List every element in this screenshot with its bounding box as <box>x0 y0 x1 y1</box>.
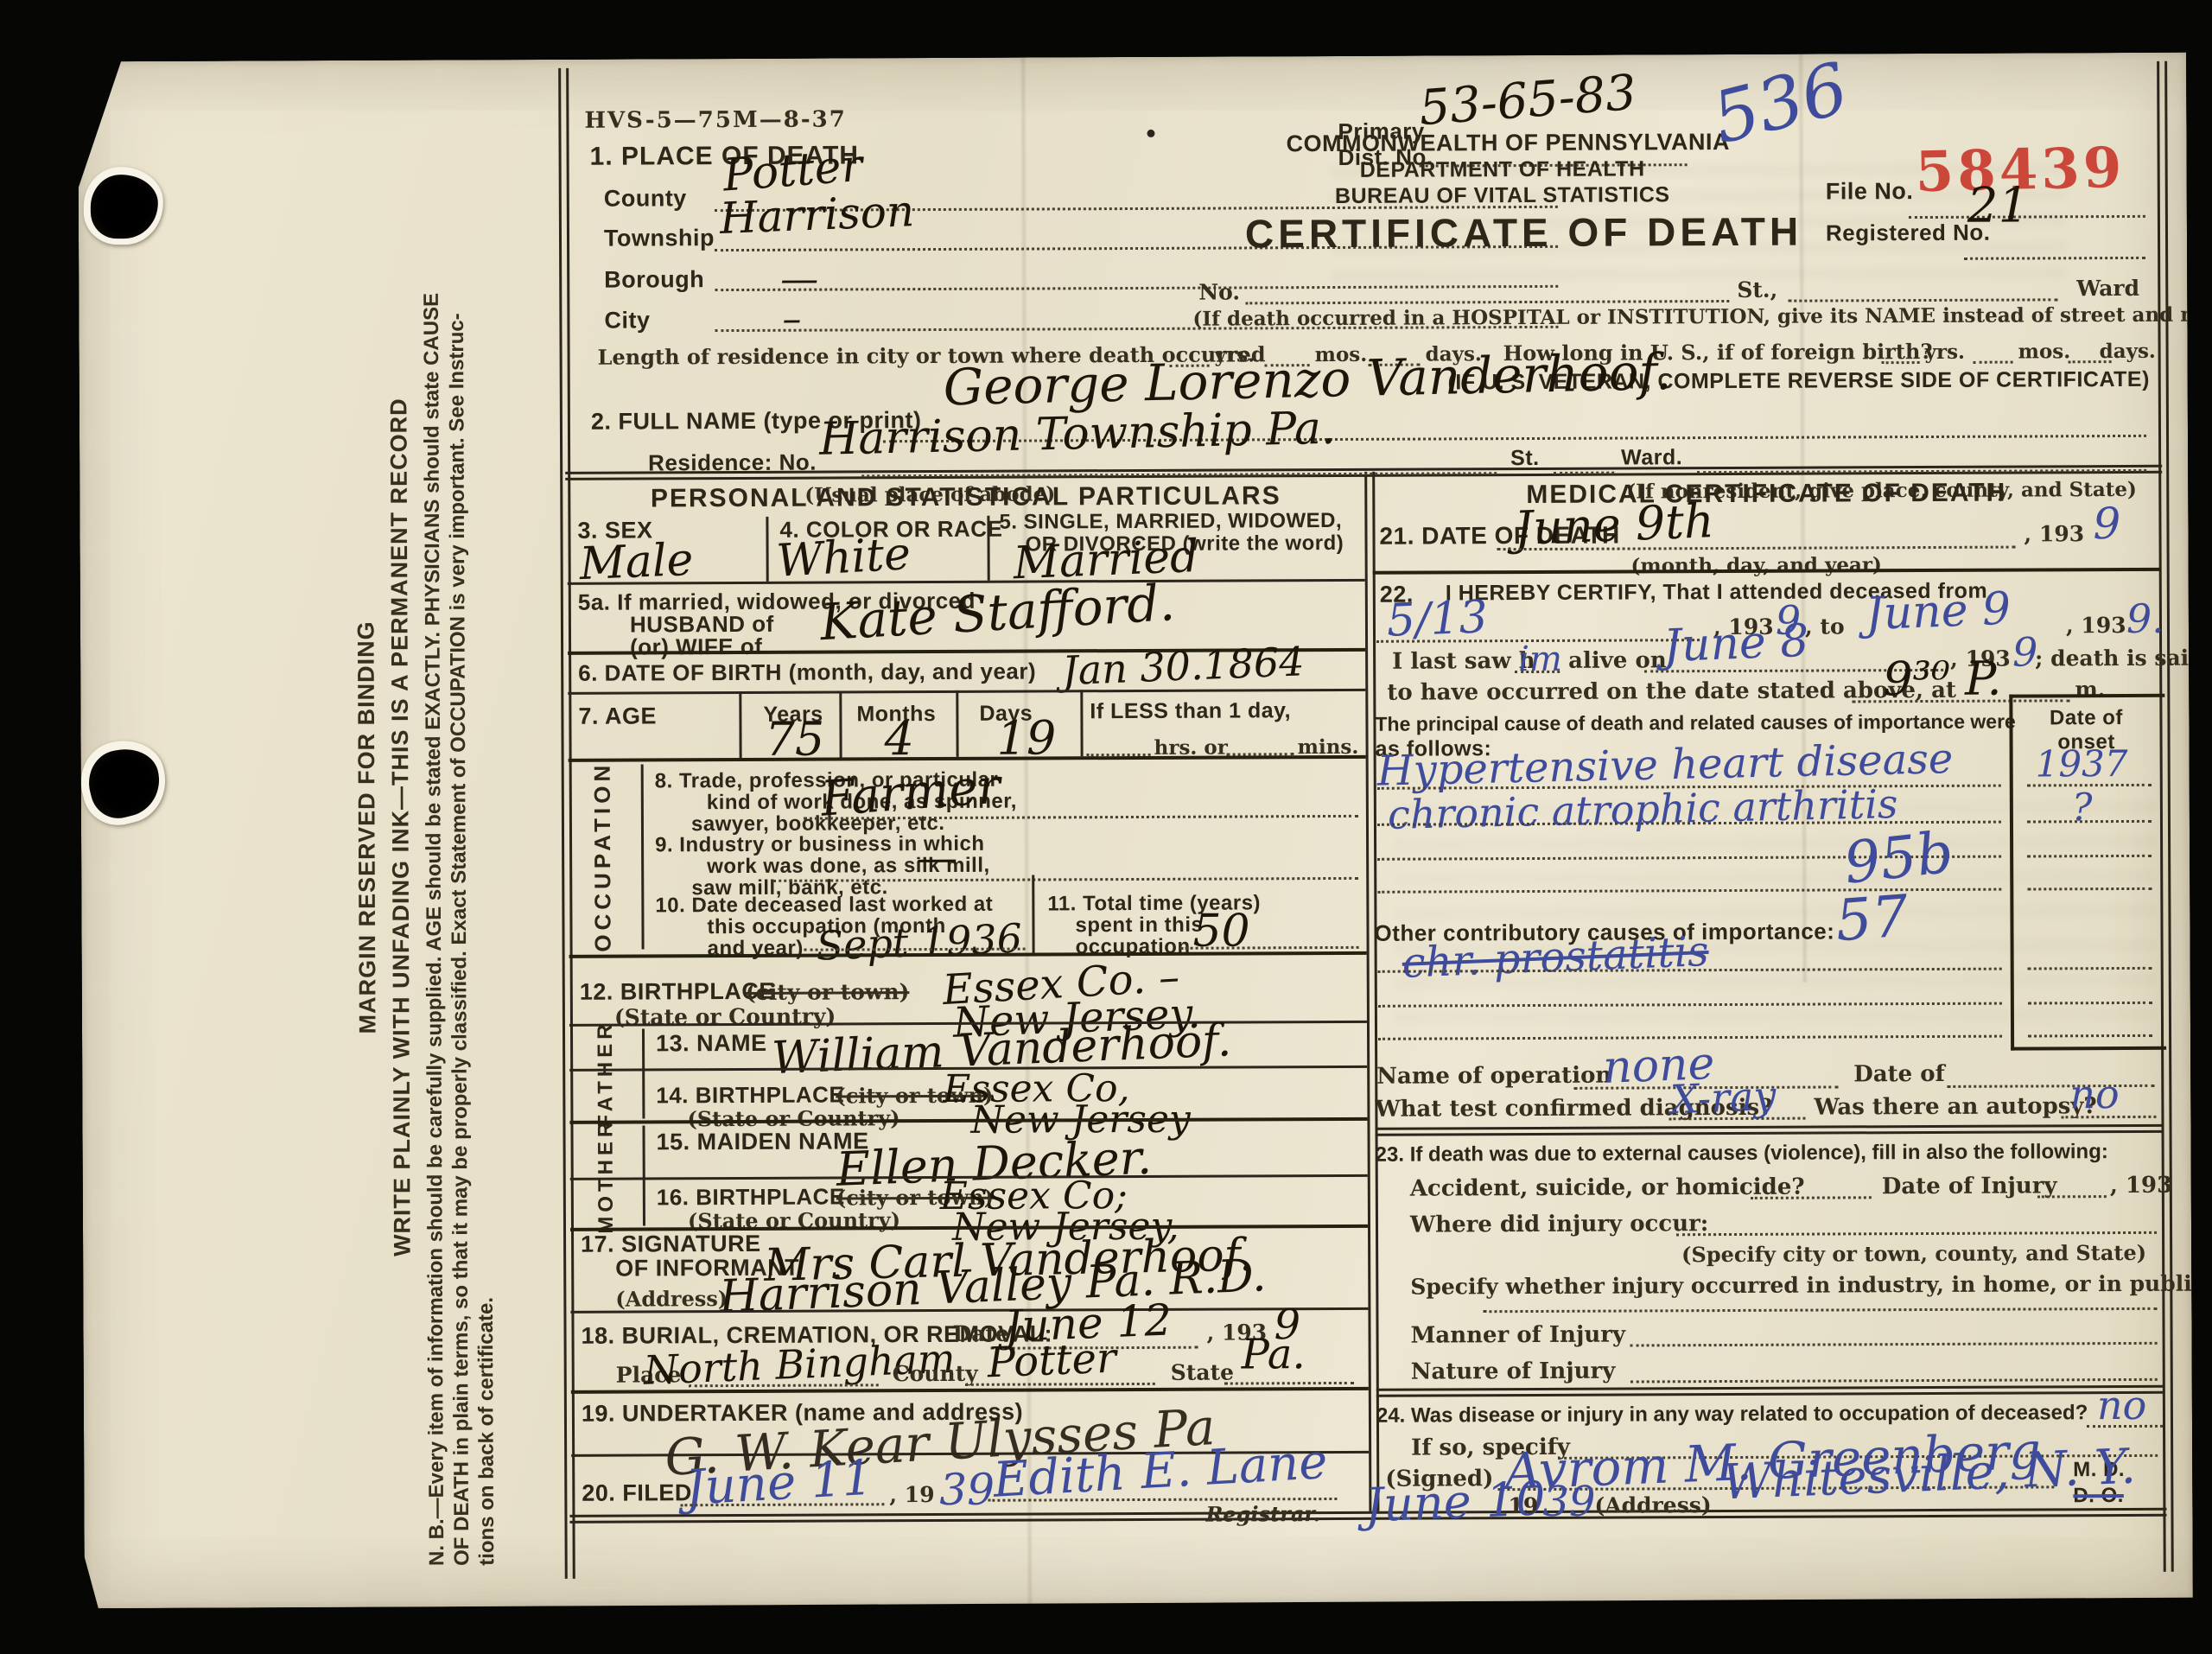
dod-year-hw: 9 <box>2093 499 2120 549</box>
file-no-label: File No. <box>1826 178 1914 205</box>
accident-line <box>1751 1196 1872 1199</box>
injury-year-printed: , 193 <box>2110 1173 2173 1199</box>
form-left-border <box>558 68 575 1579</box>
onset-line <box>2028 1002 2152 1005</box>
race-value: White <box>775 528 912 588</box>
accident-label: Accident, suicide, or homicide? <box>1410 1174 1805 1202</box>
injury-date-label: Date of Injury <box>1882 1173 2057 1199</box>
yrs2-label: yrs. <box>1925 340 1966 364</box>
total-time-divider <box>1032 875 1034 953</box>
manner-line <box>1630 1342 2158 1347</box>
spouse-value: Kate Stafford. <box>818 573 1176 652</box>
filed-date-value: June 11 <box>684 1450 874 1517</box>
borough-line <box>715 285 1558 291</box>
binding-margin-notes: MARGIN RESERVED FOR BINDING WRITE PLAINL… <box>351 88 543 1567</box>
residence-label: Residence: No. <box>648 449 817 477</box>
registered-no-line <box>1964 257 2145 260</box>
operation-date-label: Date of <box>1853 1061 1945 1087</box>
registered-no-label: Registered No. <box>1826 219 1991 247</box>
borough-value: — <box>780 258 818 302</box>
residence-value: Harrison Township Pa. <box>818 403 1336 466</box>
st-label: St., <box>1737 277 1777 302</box>
margin-line: MARGIN RESERVED FOR BINDING <box>351 88 384 1566</box>
form-code: HVS-5—75M—8-37 <box>584 106 847 133</box>
county-label: County <box>604 185 687 212</box>
borough-label: Borough <box>604 266 704 294</box>
occupation-side-label: OCCUPATION <box>589 765 617 950</box>
certificate-paper: MARGIN RESERVED FOR BINDING WRITE PLAINL… <box>78 53 2193 1609</box>
dist-no-value: 53-65-83 <box>1417 65 1638 137</box>
street-no-label: No. <box>1198 279 1240 304</box>
mos2-label: mos. <box>2018 340 2071 363</box>
city-or-town-struck: (city or town) <box>746 979 910 1005</box>
where-injury-line <box>1676 1231 2157 1236</box>
township-value: Harrison <box>719 186 915 244</box>
hospital-note: (If death occurred in a HOSPITAL or INST… <box>1192 303 2152 331</box>
commonwealth-line: COMMONWEALTH OF PENNSYLVANIA <box>1286 129 1718 157</box>
nature-line <box>1630 1378 2158 1384</box>
township-label: Township <box>604 225 715 252</box>
registered-no-value: 21 <box>1967 177 2030 233</box>
onset-label-1: Date of <box>2012 706 2159 731</box>
father-name-label: 13. NAME <box>656 1030 767 1058</box>
ink-speck <box>1147 130 1154 137</box>
dod-year-printed: , 193 <box>2024 521 2084 546</box>
penciled-number: 536 <box>1705 48 1856 161</box>
where-injury-label: Where did injury occur: <box>1410 1211 1709 1238</box>
cause-1-onset: 1937 <box>2036 742 2128 785</box>
operation-label: Name of operation <box>1376 1063 1611 1090</box>
margin-line: tions on back of certificate. <box>468 88 499 1566</box>
nature-label: Nature of Injury <box>1411 1358 1616 1385</box>
street-no-line <box>1245 300 1729 304</box>
test-line <box>1669 1117 1805 1121</box>
yrs2-line <box>1882 361 1920 364</box>
total-time-line <box>1181 946 1359 950</box>
dod-note: (month, day, and year) <box>1541 553 1973 578</box>
onset-line <box>2027 855 2152 858</box>
onset-line <box>2028 967 2152 970</box>
last-worked-value: Sept 1936 <box>816 914 1023 969</box>
burial-county-value: Potter <box>987 1334 1117 1388</box>
sex-race-divider <box>766 517 768 582</box>
last-saw-him: im <box>1518 639 1562 679</box>
bureau-line: BUREAU OF VITAL STATISTICS <box>1287 182 1719 209</box>
mos2-line <box>1974 361 2013 364</box>
filed-label: 20. FILED <box>582 1479 692 1507</box>
attended-to-value: June 9 <box>1865 583 2012 641</box>
manner-label: Manner of Injury <box>1410 1322 1625 1349</box>
burial-state-value: Pa. <box>1242 1330 1306 1378</box>
punch-hole <box>72 732 175 833</box>
mother-side-label: MOTHER <box>594 1126 619 1226</box>
last-saw-date: June 8 <box>1662 615 1809 673</box>
dob-value: Jan 30.1864 <box>1061 638 1305 694</box>
city-value: – <box>782 297 801 341</box>
to-year-hw: 9. <box>2126 595 2164 642</box>
last-saw-3: ; death is said <box>2035 646 2204 671</box>
autopsy-line <box>2061 1116 2156 1118</box>
scanned-death-certificate: MARGIN RESERVED FOR BINDING WRITE PLAINL… <box>0 0 2212 1654</box>
filed-year-printed: , 19 <box>889 1482 934 1507</box>
onset-line <box>2027 887 2152 891</box>
burial-county-line <box>965 1383 1155 1386</box>
injury-place-label: Specify whether injury occurred in indus… <box>1410 1270 2212 1299</box>
city-label: City <box>604 307 650 334</box>
sign-year-hw: 39 <box>1542 1478 1595 1526</box>
onset-line <box>2027 820 2152 824</box>
autopsy-label: Was there an autopsy? <box>1814 1093 2096 1120</box>
him-line <box>1515 671 1560 673</box>
age-divider <box>1080 690 1083 756</box>
last-saw-1: I last saw h <box>1392 648 1535 675</box>
operation-date-line <box>1947 1085 2154 1088</box>
age-divider <box>739 691 741 758</box>
cause-2-onset: ? <box>2072 786 2093 830</box>
industry-value: — <box>916 834 957 882</box>
code-2-value: 57 <box>1834 882 1910 954</box>
burial-place-line <box>689 1384 879 1387</box>
attended-from-value: 5/13 <box>1386 591 1489 647</box>
ward-label: Ward <box>2076 276 2139 301</box>
where-injury-note: (Specify city or town, county, and State… <box>1681 1240 2131 1267</box>
external-causes-label: 23. If death was due to external causes … <box>1376 1140 2108 1167</box>
department-line: DEPARTMENT OF HEALTH <box>1287 156 1719 183</box>
age-divider <box>839 690 842 757</box>
autopsy-value: no <box>2069 1071 2120 1117</box>
burial-county-label: County <box>893 1361 978 1386</box>
age-label: 7. AGE <box>578 703 657 729</box>
test-value: X-ray <box>1669 1072 1777 1123</box>
burial-state-label: State <box>1171 1360 1234 1385</box>
father-side-label: FATHER <box>594 1029 618 1119</box>
certificate-title: CERTIFICATE OF DEATH <box>1245 208 1764 258</box>
occupation-related-value: no <box>2097 1382 2147 1428</box>
margin-line: WRITE PLAINLY WITH UNFADING INK—THIS IS … <box>385 88 417 1566</box>
occupation-related-line <box>2087 1425 2163 1428</box>
row-line <box>1376 1385 2164 1397</box>
row-line <box>568 689 1365 695</box>
medical-heading: MEDICAL CERTIFICATE OF DEATH <box>1372 478 2160 511</box>
days2-label: days. <box>2100 340 2156 363</box>
sign-year-printed: 19 <box>1508 1493 1538 1518</box>
row-line <box>1376 1124 2164 1136</box>
residence-ward-label: Ward. <box>1621 445 1682 470</box>
filed-year-hw: 39 <box>939 1465 995 1515</box>
father-bracket <box>642 1028 645 1118</box>
onset-line <box>2028 1034 2152 1038</box>
to-word: , to <box>1805 614 1845 639</box>
residence-st-label: St. <box>1510 446 1540 471</box>
to-year-printed: , 193 <box>2066 613 2126 638</box>
dob-label: 6. DATE OF BIRTH (month, day, and year) <box>578 658 1036 686</box>
informant-label-1: 17. SIGNATURE <box>581 1231 761 1258</box>
column-divider <box>1364 472 1379 1511</box>
last-saw-year-hw: 9 <box>2012 628 2038 675</box>
st-line <box>1788 298 2057 302</box>
burial-state-line <box>1224 1382 1354 1385</box>
death-time-value: 9³⁰ P. <box>1883 652 2002 707</box>
registrar-label: Registrar. <box>1205 1501 1320 1527</box>
injury-place-line <box>1483 1307 2157 1313</box>
informant-address-label: (Address) <box>615 1286 728 1312</box>
occupation-bracket <box>641 764 645 949</box>
spouse-label-3: (or) WIFE of <box>630 633 762 661</box>
sign-address-label: (Address) <box>1594 1492 1711 1518</box>
residence-st-line <box>1554 472 1614 474</box>
mother-bracket <box>642 1125 645 1225</box>
injury-date-line <box>2037 1195 2107 1198</box>
punch-hole <box>84 167 163 245</box>
age-divider <box>956 690 958 757</box>
principal-cause-label-1: The principal cause of death and related… <box>1375 710 2015 736</box>
less-than-label: If LESS than 1 day, <box>1090 698 1291 724</box>
